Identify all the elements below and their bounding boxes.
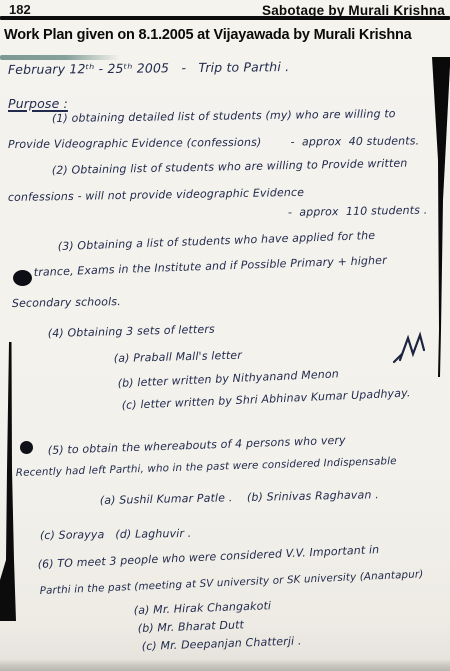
item5-line2: Recently had left Parthi, who in the pas… — [16, 455, 397, 479]
bottom-scan-edge — [0, 659, 450, 671]
item4-a: (a) Praball Mall's letter — [114, 349, 242, 365]
item4-line1: (4) Obtaining 3 sets of letters — [48, 323, 215, 340]
item2-line2: confessions - will not provide videograp… — [8, 186, 304, 204]
item1-line1: (1) obtaining detailed list of students … — [52, 107, 396, 125]
item2-approx: - approx 110 students . — [288, 204, 428, 219]
item5-cd: (c) Sorayya (d) Laghuvir . — [40, 527, 192, 542]
item3-line1: (3) Obtaining a list of students who hav… — [58, 229, 376, 253]
item6-c: (c) Mr. Deepanjan Chatterji . — [142, 634, 302, 653]
scanned-page: 182 Sabotage by Murali Krishna Work Plan… — [0, 0, 450, 671]
page-number: 182 — [9, 2, 31, 17]
scan-smudge — [0, 55, 120, 60]
item4-c: (c) letter written by Shri Abhinav Kumar… — [121, 386, 410, 412]
item6-line1: (6) TO meet 3 people who were considered… — [37, 543, 379, 571]
item6-b: (b) Mr. Bharat Dutt — [138, 618, 245, 635]
ink-blob-mark — [13, 270, 32, 286]
item6-a: (a) Mr. Hirak Changakoti — [134, 599, 272, 617]
bullet-dot-mark — [20, 441, 33, 454]
item3-line2: trance, Exams in the Institute and if Po… — [34, 254, 387, 279]
line-date: February 12ᵗʰ - 25ᵗʰ 2005 - Trip to Part… — [8, 59, 289, 77]
line-purpose: Purpose : — [8, 96, 68, 111]
item3-line3: Secondary schools. — [12, 295, 121, 310]
item5-ab: (a) Sushil Kumar Patle . (b) Srinivas Ra… — [100, 488, 379, 507]
header-rule — [0, 16, 450, 20]
item2-line1: (2) Obtaining list of students who are w… — [52, 157, 408, 177]
page-title: Work Plan given on 8.1.2005 at Vijayawad… — [4, 27, 448, 43]
item1-line2: Provide Videographic Evidence (confessio… — [8, 134, 419, 151]
right-scan-bar — [432, 57, 450, 377]
left-scan-bar — [0, 342, 16, 621]
pen-squiggle-icon — [390, 330, 440, 372]
item4-b: (b) letter written by Nithyanand Menon — [117, 367, 339, 390]
item5-line1: (5) to obtain the whereabouts of 4 perso… — [48, 434, 346, 457]
item6-line2: Parthi in the past (meeting at SV univer… — [39, 568, 423, 597]
